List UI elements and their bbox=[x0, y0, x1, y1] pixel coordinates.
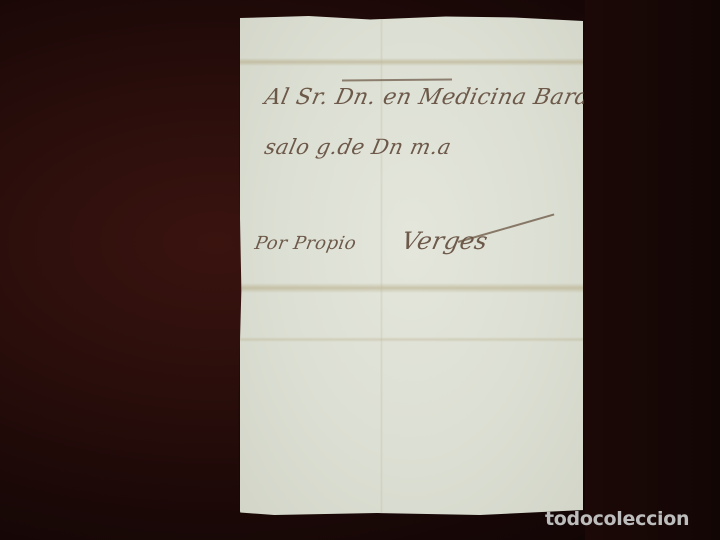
background-dark-right bbox=[585, 0, 720, 540]
fold-line-middle bbox=[240, 283, 583, 293]
ink-rule-line bbox=[342, 79, 452, 82]
fold-line-lower bbox=[240, 337, 583, 342]
routing-note: Por Propio bbox=[253, 233, 358, 254]
watermark-logo: todocoleccion bbox=[545, 508, 689, 530]
letter-paper: Al Sr. Dn. en Medicina Bardorrau salo g.… bbox=[240, 15, 583, 515]
destination-town: Verges bbox=[399, 227, 491, 255]
fold-line-top bbox=[240, 58, 583, 66]
address-line-2: salo g.de Dn m.a bbox=[262, 135, 453, 159]
